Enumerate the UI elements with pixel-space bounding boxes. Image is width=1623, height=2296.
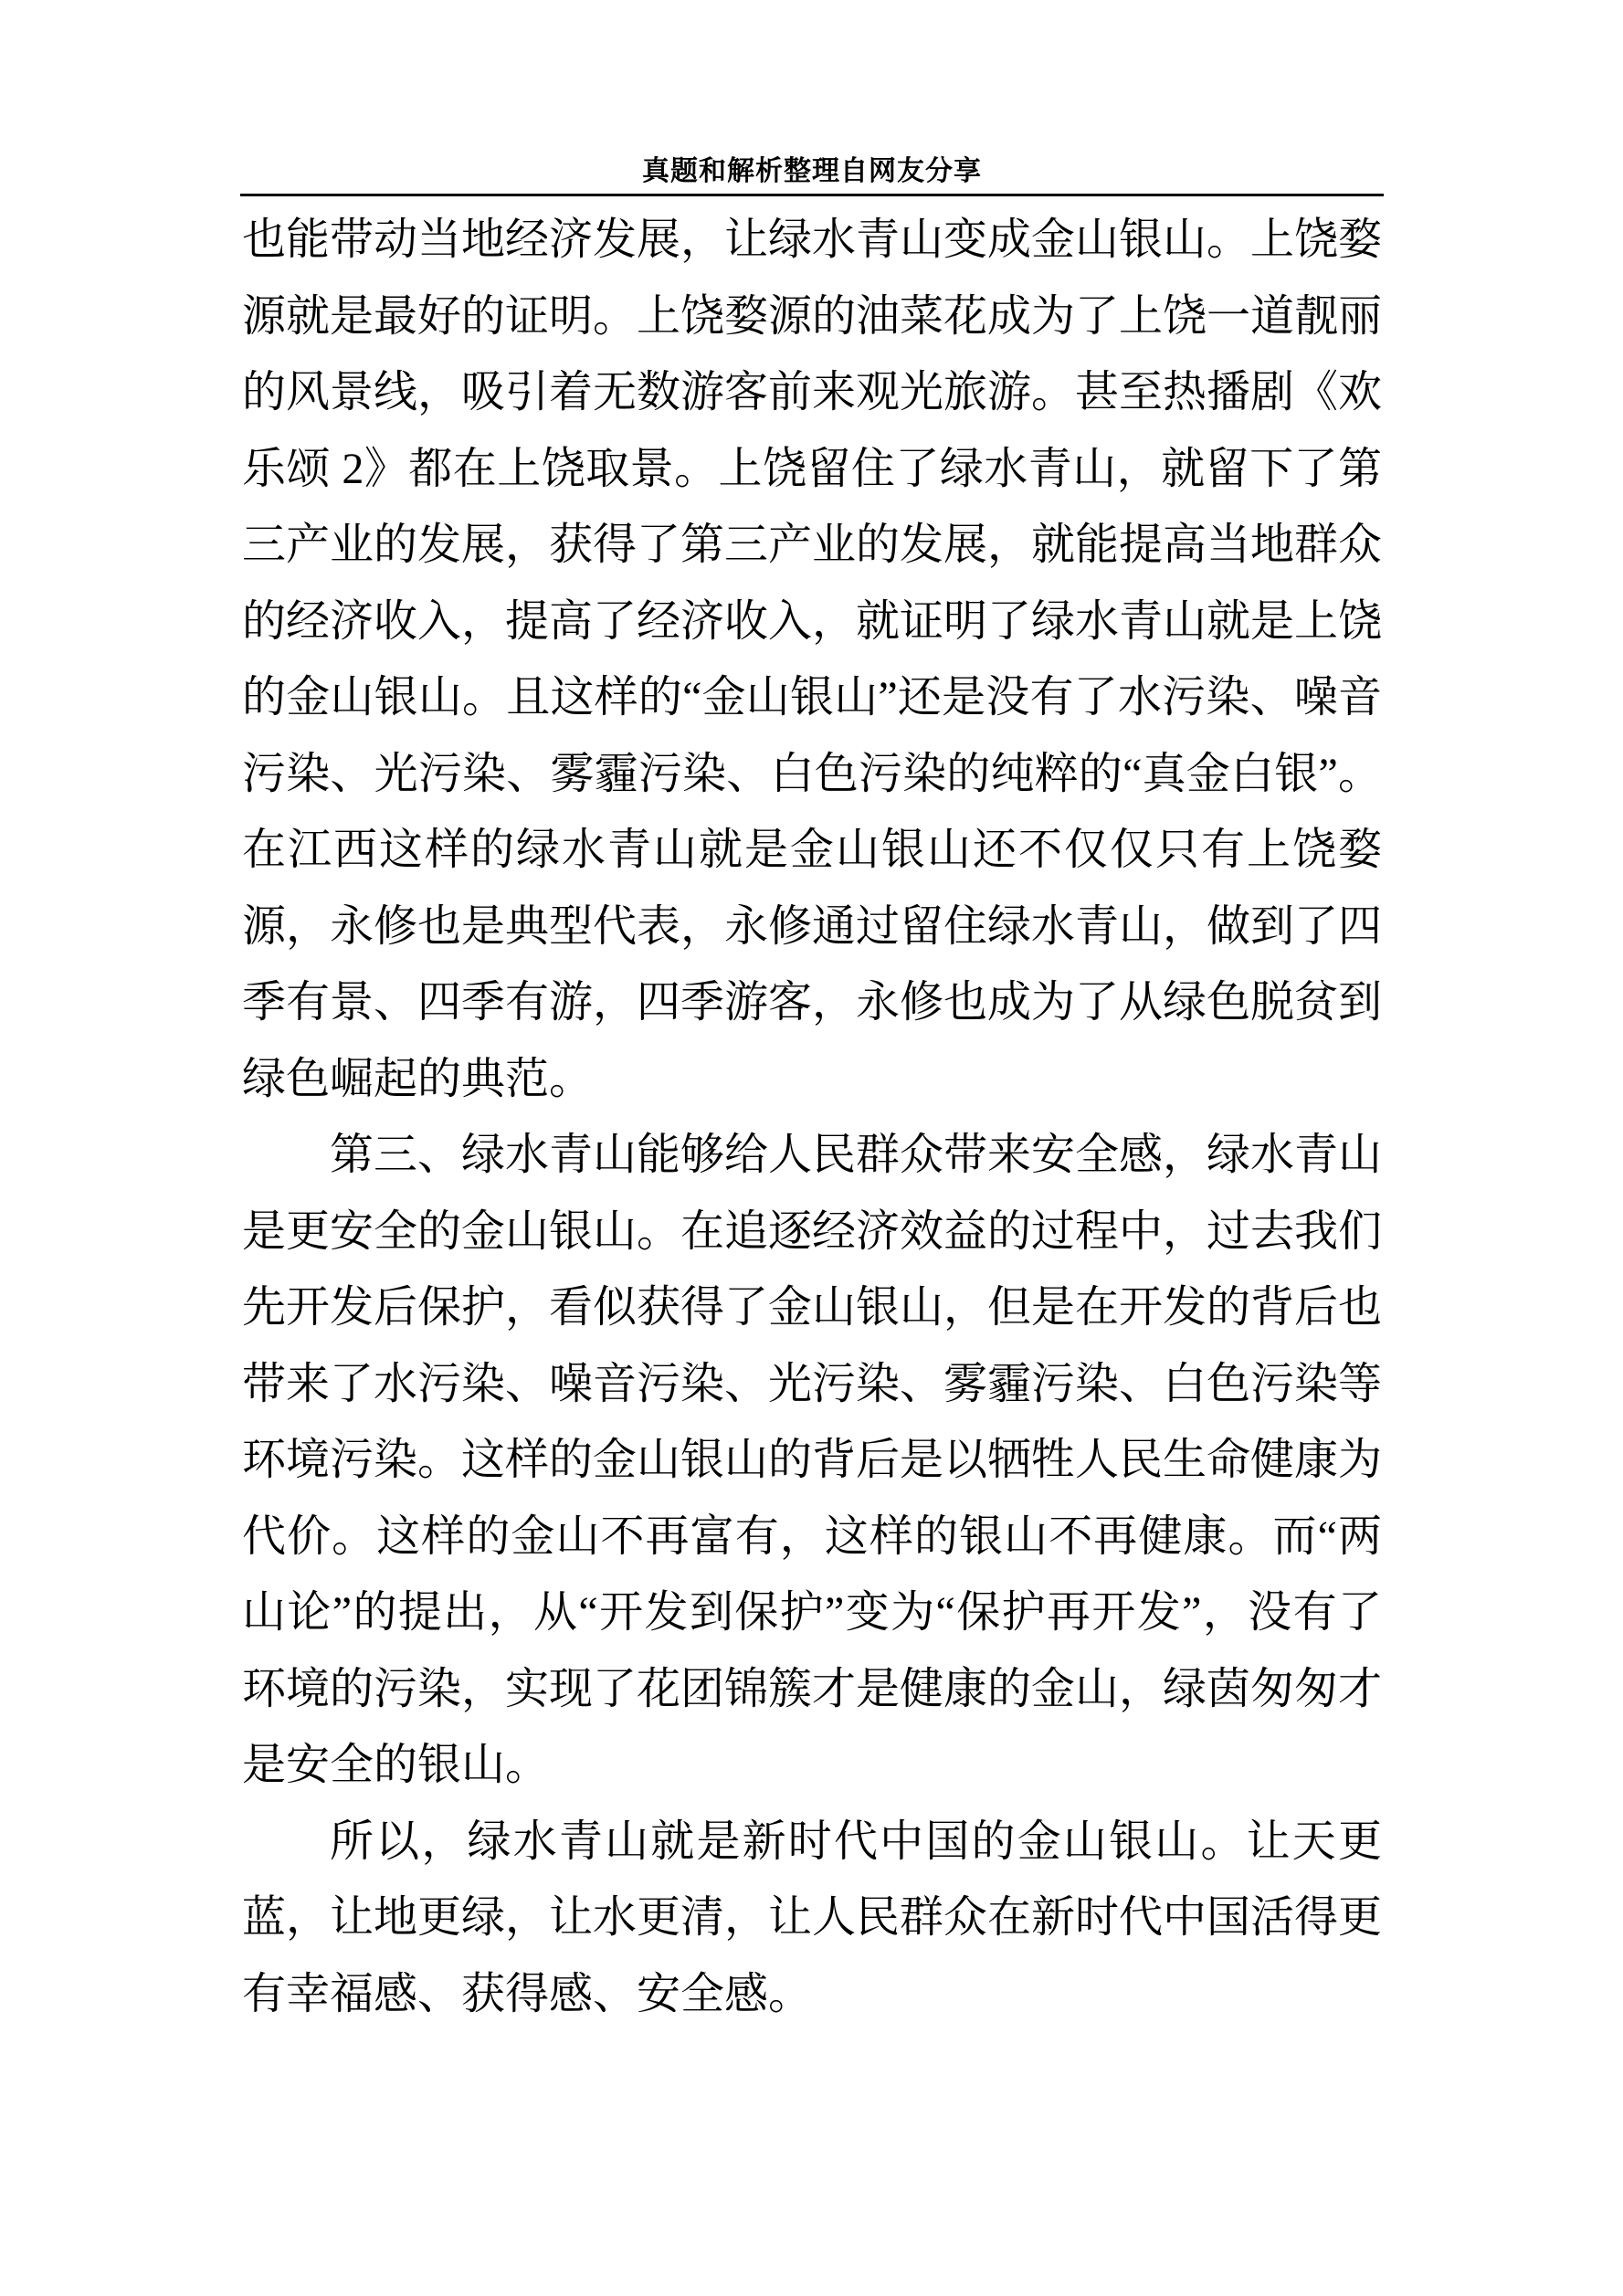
- document-page: 真题和解析整理自网友分享 也能带动当地经济发展，让绿水青山变成金山银山。上饶婺源…: [0, 0, 1623, 2296]
- paragraph-continuation: 也能带动当地经济发展，让绿水青山变成金山银山。上饶婺源就是最好的证明。上饶婺源的…: [242, 202, 1382, 1117]
- header-rule: [240, 194, 1384, 196]
- paragraph-third-point: 第三、绿水青山能够给人民群众带来安全感，绿水青山是更安全的金山银山。在追逐经济效…: [242, 1117, 1382, 1804]
- document-body: 也能带动当地经济发展，让绿水青山变成金山银山。上饶婺源就是最好的证明。上饶婺源的…: [242, 202, 1382, 2032]
- paragraph-conclusion: 所以，绿水青山就是新时代中国的金山银山。让天更蓝，让地更绿，让水更清，让人民群众…: [242, 1804, 1382, 2033]
- header-title: 真题和解析整理自网友分享: [240, 148, 1384, 188]
